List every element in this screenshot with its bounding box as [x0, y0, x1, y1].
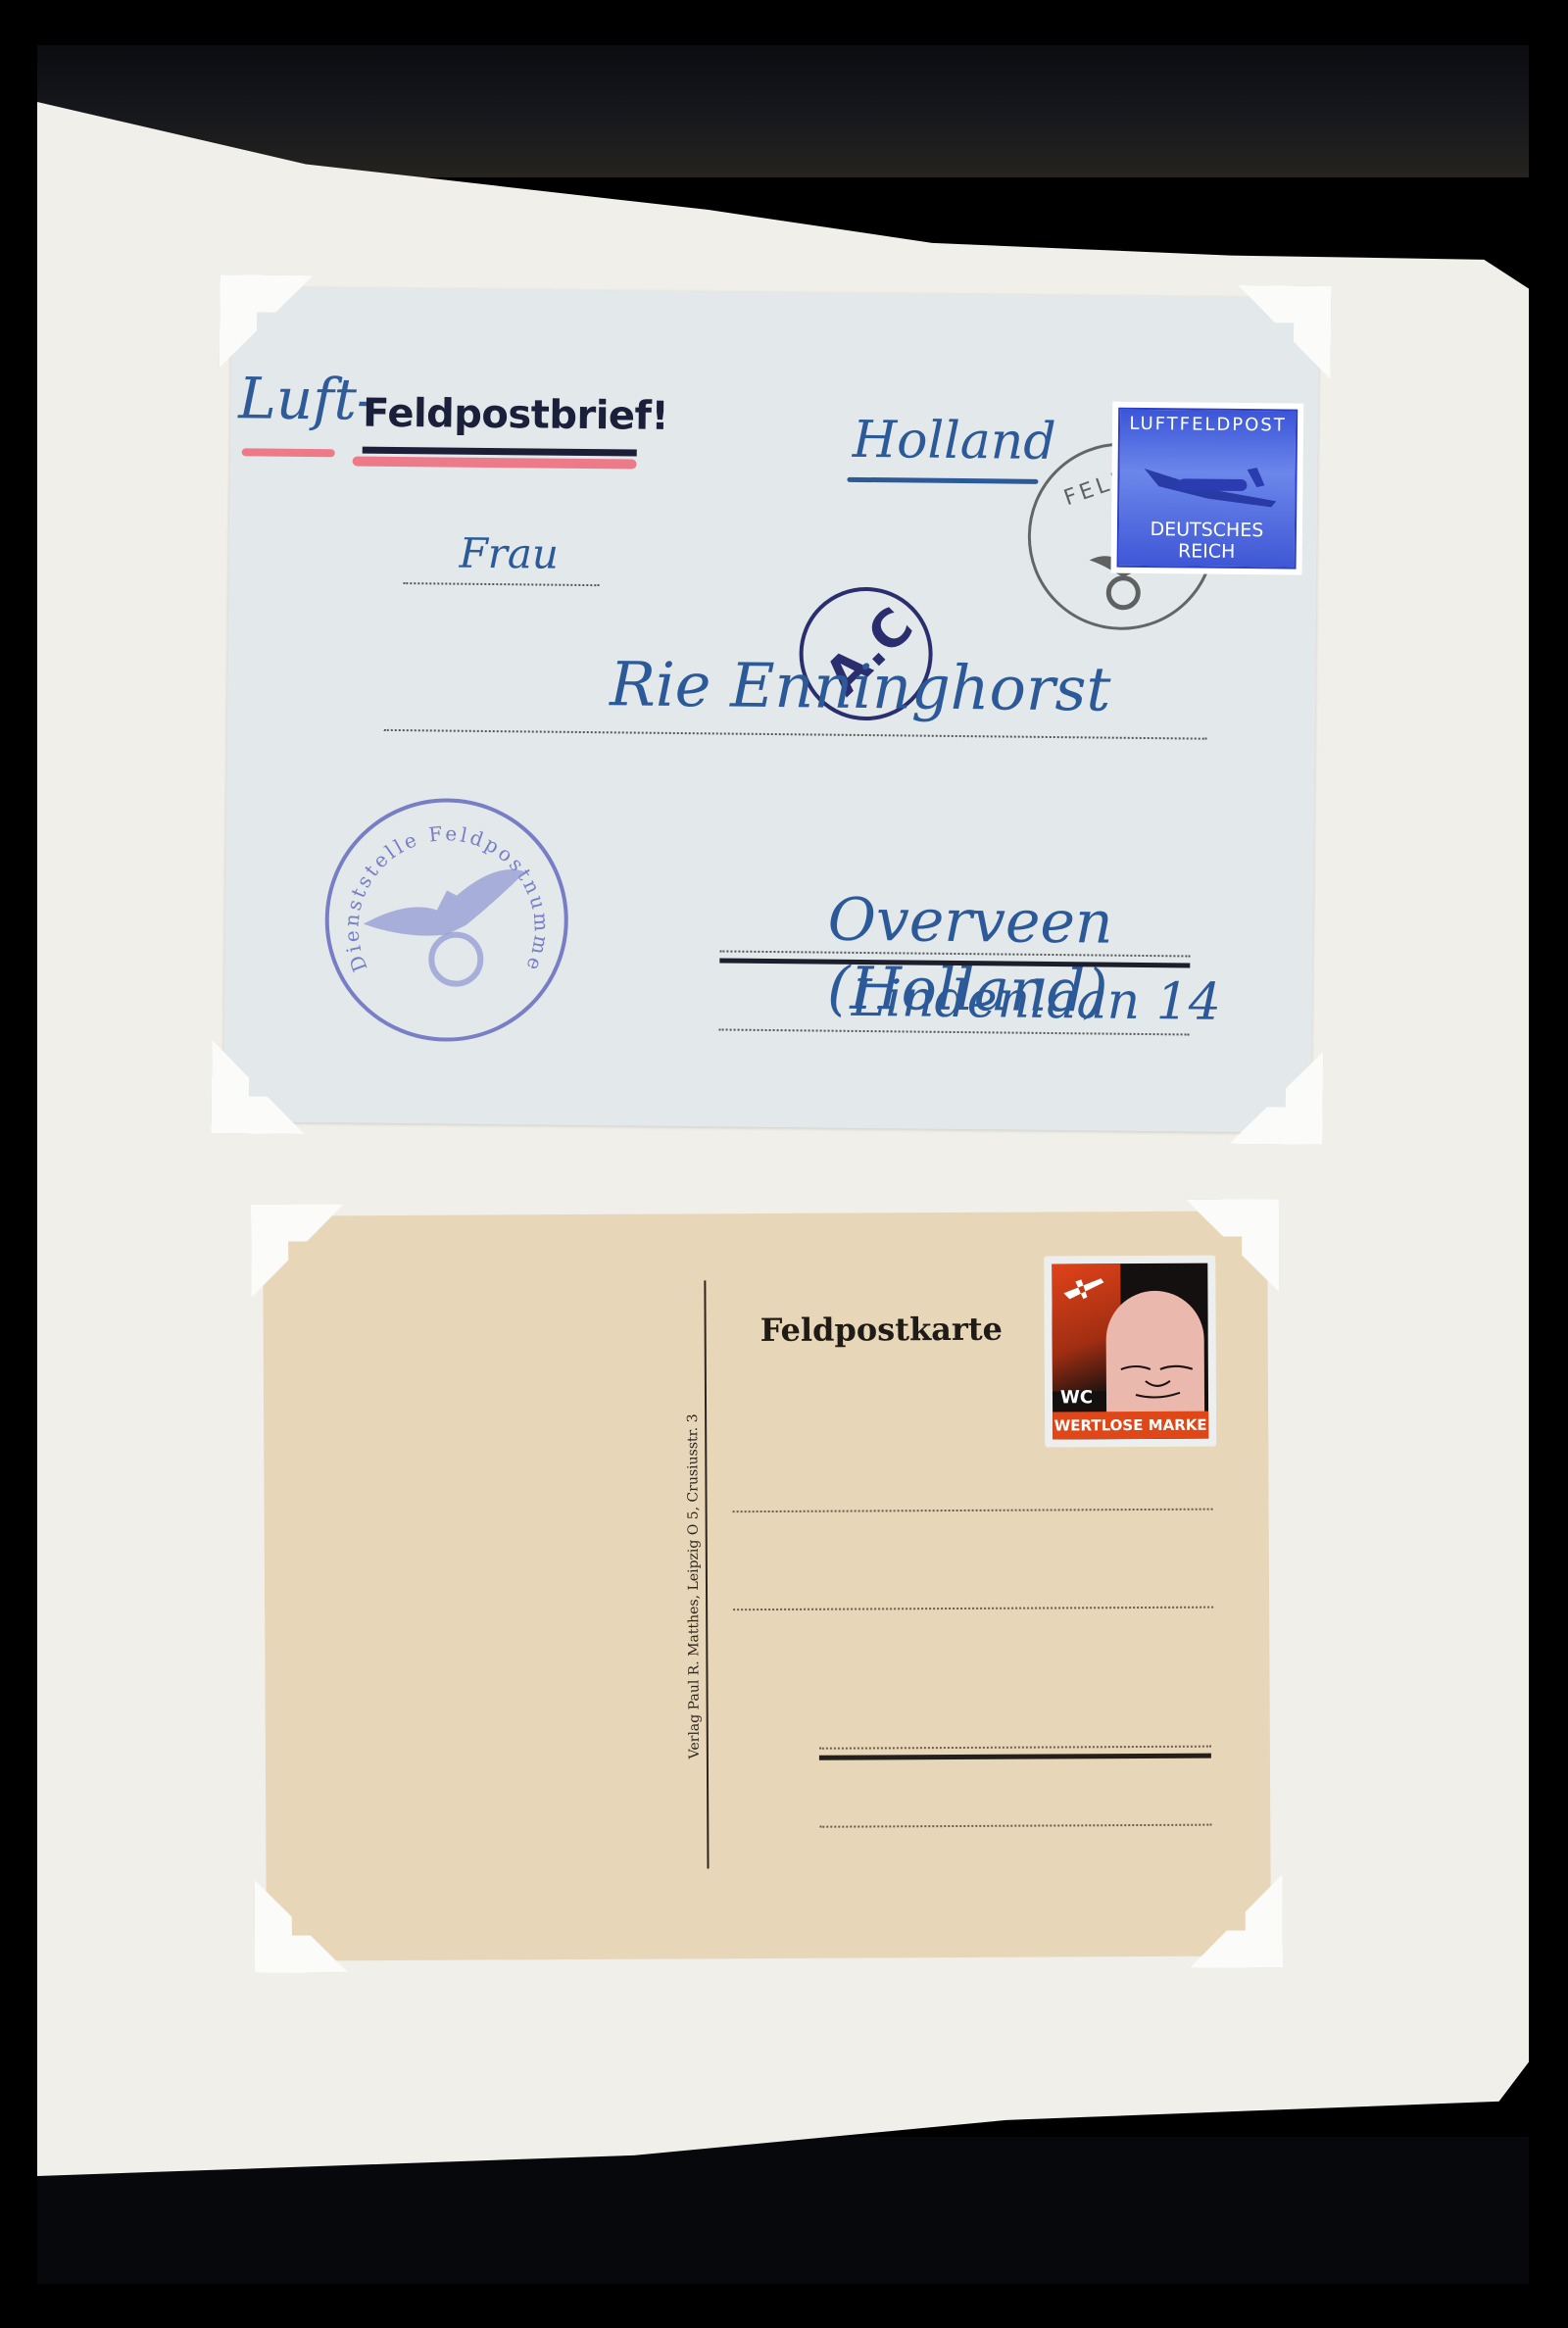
- address-line: [384, 729, 1207, 740]
- title-underline: [363, 447, 637, 457]
- photo-corner-icon: [1238, 285, 1332, 379]
- airplane-icon: [1061, 1273, 1105, 1303]
- publisher-imprint: Verlag Paul R. Matthes, Leipzig O 5, Cru…: [682, 1302, 705, 1870]
- postcard-divider: [704, 1280, 709, 1868]
- red-underline: [353, 457, 637, 470]
- photo-corner-icon: [1229, 1051, 1323, 1145]
- eagle-emblem-icon: [358, 851, 536, 1000]
- propaganda-label: WC WERTLOSE MARKE: [1044, 1256, 1216, 1448]
- field-post-envelope: Luft- Feldpostbrief! Holland FELDPOST LU…: [223, 286, 1320, 1133]
- address-line: [819, 1824, 1211, 1828]
- red-underline: [242, 448, 335, 457]
- address-line: [733, 1509, 1213, 1513]
- stamp-bottom-text: DEUTSCHES REICH: [1119, 519, 1295, 564]
- city-underline: [819, 1754, 1211, 1760]
- caricature-face-icon: [1116, 1362, 1200, 1401]
- field-postcard: Verlag Paul R. Matthes, Leipzig O 5, Cru…: [263, 1211, 1271, 1960]
- printed-title: Feldpostbrief!: [363, 391, 669, 439]
- street-address: Lindenlaan 14: [852, 969, 1222, 1032]
- destination-country: Holland: [853, 411, 1056, 471]
- country-underline: [847, 477, 1038, 484]
- address-line: [819, 1746, 1211, 1750]
- stamp-top-text: LUFTFELDPOST: [1120, 414, 1296, 436]
- label-letters: WC: [1060, 1387, 1093, 1408]
- address-line: [403, 582, 599, 586]
- photo-corner-icon: [255, 1879, 348, 1972]
- photo-corner-icon: [1190, 1874, 1283, 1967]
- label-banner: WERTLOSE MARKE: [1053, 1412, 1208, 1440]
- address-line: [733, 1607, 1213, 1611]
- photo-corner-icon: [220, 274, 314, 369]
- recipient-name: Rie Enninghorst: [610, 648, 1111, 724]
- luftfeldpost-stamp: LUFTFELDPOST DEUTSCHES REICH: [1110, 402, 1303, 575]
- salutation: Frau: [459, 529, 559, 578]
- photo-corner-icon: [251, 1204, 344, 1297]
- airplane-icon: [1139, 459, 1282, 515]
- postcard-title: Feldpostkarte: [760, 1311, 1003, 1349]
- photo-corner-icon: [211, 1040, 305, 1134]
- service-unit-stamp: Dienststelle Feldpostnummer: [323, 797, 569, 1043]
- handwritten-luft: Luft-: [238, 365, 376, 432]
